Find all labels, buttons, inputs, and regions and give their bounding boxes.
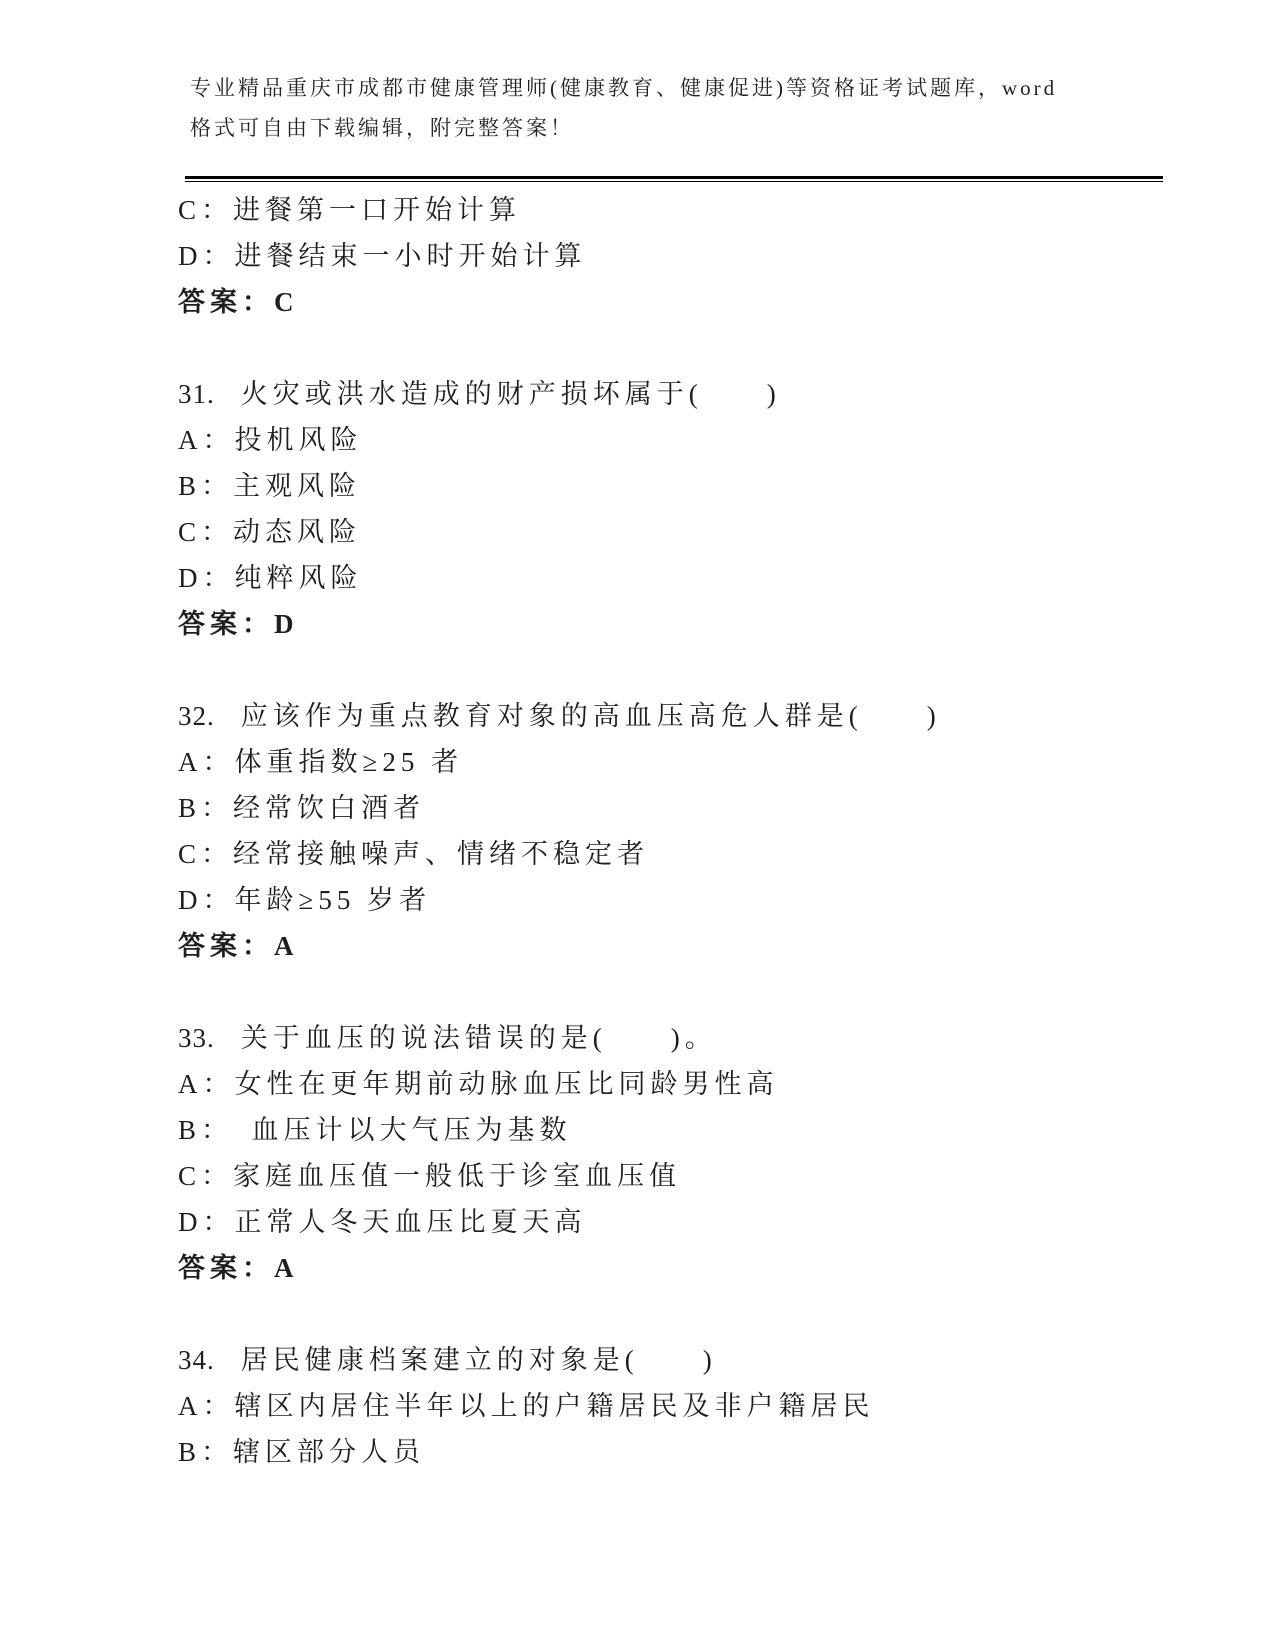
question-stem: 33.关于血压的说法错误的是( )。: [178, 1015, 1168, 1061]
option-line: A：体重指数≥25 者: [178, 739, 1168, 785]
option-line: C：家庭血压值一般低于诊室血压值: [178, 1153, 1168, 1199]
question-number: 31.: [178, 371, 215, 417]
option-line: D：年龄≥55 岁者: [178, 877, 1168, 923]
question-number: 33.: [178, 1015, 215, 1061]
option-line: A：女性在更年期前动脉血压比同龄男性高: [178, 1061, 1168, 1107]
document-page: 专业精品重庆市成都市健康管理师(健康教育、健康促进)等资格证考试题库，word …: [0, 0, 1275, 1650]
answer-line: 答案：A: [178, 923, 1168, 969]
option-line: D：正常人冬天血压比夏天高: [178, 1199, 1168, 1245]
divider-thin-line: [185, 181, 1163, 182]
header-divider: [185, 176, 1163, 182]
blank-line: [178, 1291, 1168, 1337]
blank-line: [178, 969, 1168, 1015]
question-number: 34.: [178, 1337, 215, 1383]
question-text: 火灾或洪水造成的财产损坏属于( ): [241, 379, 781, 409]
answer-line: 答案：A: [178, 1245, 1168, 1291]
option-line: B：经常饮白酒者: [178, 785, 1168, 831]
question-text: 居民健康档案建立的对象是( ): [241, 1345, 717, 1375]
header-line-2: 格式可自由下载编辑，附完整答案！: [190, 108, 1120, 148]
option-line: C：动态风险: [178, 509, 1168, 555]
page-header: 专业精品重庆市成都市健康管理师(健康教育、健康促进)等资格证考试题库，word …: [190, 68, 1120, 148]
question-text: 关于血压的说法错误的是( )。: [241, 1023, 717, 1053]
blank-line: [178, 325, 1168, 371]
option-line: A：辖区内居住半年以上的户籍居民及非户籍居民: [178, 1383, 1168, 1429]
document-body: C：进餐第一口开始计算 D：进餐结束一小时开始计算 答案：C 31.火灾或洪水造…: [178, 187, 1168, 1475]
answer-line: 答案：D: [178, 601, 1168, 647]
blank-line: [178, 647, 1168, 693]
option-line: B： 血压计以大气压为基数: [178, 1107, 1168, 1153]
option-line: D：纯粹风险: [178, 555, 1168, 601]
option-line: C：进餐第一口开始计算: [178, 187, 1168, 233]
question-number: 32.: [178, 693, 215, 739]
answer-line: 答案：C: [178, 279, 1168, 325]
question-stem: 32.应该作为重点教育对象的高血压高危人群是( ): [178, 693, 1168, 739]
option-line: C：经常接触噪声、情绪不稳定者: [178, 831, 1168, 877]
option-line: B：辖区部分人员: [178, 1429, 1168, 1475]
option-line: B：主观风险: [178, 463, 1168, 509]
question-stem: 31.火灾或洪水造成的财产损坏属于( ): [178, 371, 1168, 417]
option-line: A：投机风险: [178, 417, 1168, 463]
option-line: D：进餐结束一小时开始计算: [178, 233, 1168, 279]
question-stem: 34.居民健康档案建立的对象是( ): [178, 1337, 1168, 1383]
header-line-1: 专业精品重庆市成都市健康管理师(健康教育、健康促进)等资格证考试题库，word: [190, 68, 1120, 108]
question-text: 应该作为重点教育对象的高血压高危人群是( ): [241, 701, 941, 731]
